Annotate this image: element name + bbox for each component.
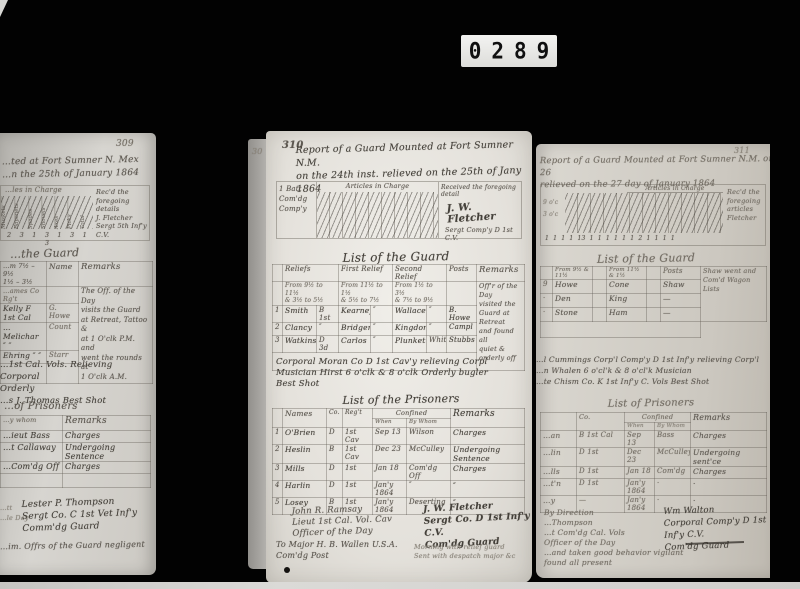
detail-left-labels: 9 o'c 3 o'c — [543, 197, 558, 221]
guard-name: Smith — [283, 305, 317, 322]
reliefs-col-header: Reliefs — [283, 265, 339, 282]
prisoner-co: D — [327, 481, 343, 498]
prisoner-name: Harlin — [283, 481, 327, 498]
empty-cell — [447, 282, 477, 306]
prisoner-by: Com'dg — [655, 467, 691, 479]
prisoner-remark: Charges — [451, 464, 525, 481]
guard-co: White — [427, 335, 447, 352]
row-no: 2 — [273, 322, 283, 335]
row-no: · — [541, 308, 553, 322]
prisoner-by: McCulley — [407, 445, 451, 464]
receipt-unit: Sergt Comp'y D 1st C.V. — [445, 226, 521, 242]
row-no: 1 — [273, 428, 283, 445]
row-no: 1 — [273, 305, 283, 322]
schedule-header: …m 7½ – 9½ 1½ – 3½ — [1, 262, 47, 287]
prisoner-when: Jan'y 1864 — [625, 479, 655, 496]
column-label: Muskets — [1, 196, 14, 229]
prisoner-when: Jan 18 — [625, 467, 655, 479]
row-no: 3 — [273, 335, 283, 352]
guard-row-name: Kelly F 1st Cal — [1, 304, 47, 323]
empty-cell — [273, 409, 283, 428]
prisoner-remark: Charges — [691, 467, 767, 479]
ink-blot — [284, 567, 290, 573]
report-title: …ted at Fort Sumner N. Mex …n the 25th o… — [2, 154, 154, 183]
empty-cell — [273, 265, 283, 282]
scan-corner-artifact — [0, 0, 8, 17]
posts-col-header: Posts — [447, 265, 477, 282]
prisoner-regt: 1st Cav — [343, 445, 373, 464]
when-col-header: When — [625, 423, 655, 431]
guard-commander-signature: Wm Walton Corporal Comp'y D 1st Inf'y C.… — [663, 502, 770, 554]
column-label: Total — [81, 196, 93, 229]
guard-name: Shaw — [661, 280, 701, 294]
row-no: 3 — [273, 464, 283, 481]
ledger-page-310: 310 Report of a Guard Mounted at Fort Su… — [266, 131, 532, 583]
prisoner-when: Sep 13 — [625, 431, 655, 448]
guard-row-name: …Melichar ″ ″ — [1, 323, 47, 351]
empty-cell — [541, 267, 553, 280]
by-whom-col-header: By Whom — [655, 423, 691, 431]
empty-cell — [593, 308, 607, 322]
page-edge-sliver: 30 — [248, 139, 268, 569]
prisoner-when: Dec 23 — [373, 445, 407, 464]
schedule-2: From 11½ & 1½ — [607, 267, 647, 280]
guard-co: ″ — [371, 305, 393, 322]
empty-cell — [47, 287, 79, 304]
detail-left-cell: 1 Batt Com'dg Comp'y — [277, 182, 317, 238]
guard-name: Howe — [553, 280, 593, 294]
prisoners-heading: …of Prisoners — [4, 401, 78, 412]
remarks-col-header: Remarks — [79, 262, 153, 287]
tally-marks — [317, 192, 438, 238]
guard-list-heading: …the Guard — [10, 246, 80, 261]
detail-header: Articles in Charge — [627, 185, 723, 193]
guard-list-heading: List of the Guard — [566, 251, 726, 267]
receipt-line: Received the foregoing detail — [439, 182, 521, 198]
empty-cell — [593, 267, 607, 280]
prisoner-by: ″ — [407, 481, 451, 498]
empty-cell — [541, 413, 577, 431]
by-whom-col-header: By Whom — [407, 419, 451, 428]
name-col-header: Name — [47, 262, 79, 287]
page-number: 309 — [116, 139, 134, 149]
guard-co: ″ — [427, 322, 447, 335]
receipt-note: Rec'd the foregoing articles Fletcher — [727, 188, 770, 222]
row-no: 2 — [273, 445, 283, 464]
guard-name: Den — [553, 294, 593, 308]
prisoner-by: Wilson — [407, 428, 451, 445]
remarks-col-header: Remarks — [477, 265, 525, 282]
addressee-line: To Major H. B. Wallen U.S.A. Com'dg Post — [276, 539, 398, 561]
ledger-page-311: 311 Report of a Guard Mounted at Fort Su… — [536, 144, 770, 578]
when-col-header: When — [373, 419, 407, 428]
regt-col-header: Reg't — [343, 409, 373, 428]
guard-co: ″ — [317, 322, 339, 335]
receipt-note: Rec'd the foregoing details J. Fletcher … — [96, 188, 150, 239]
schedule-3: From 1½ to 3½ & 7½ to 9½ — [393, 282, 447, 306]
prisoner-co: D — [327, 464, 343, 481]
prisoner-remark: Charges — [451, 428, 525, 445]
column-label: Shovels — [41, 196, 54, 229]
prisoner-remark: Charges — [63, 462, 151, 474]
prisoner-name: …Com'dg Off — [1, 462, 63, 474]
prisoner-name: …an — [541, 431, 577, 448]
guard-name: Carlos — [339, 335, 371, 352]
guard-name: Wallace — [393, 305, 427, 322]
co-col-header: Co. — [327, 409, 343, 428]
prisoners-subheader: …y whom — [1, 416, 63, 431]
empty-cell — [1, 474, 63, 488]
prisoner-co: D 1st — [577, 479, 625, 496]
row-no: 4 — [273, 481, 283, 498]
second-relief-header: Second Relief — [393, 265, 447, 282]
co-col-header: Co. — [577, 413, 625, 431]
guard-list-heading: List of the Guard — [306, 248, 486, 265]
guard-subheader: …ames Co Rg't — [1, 287, 47, 304]
orderly-note: …l Cummings Corp'l Comp'y D 1st Inf'y re… — [536, 354, 770, 387]
tally-marks — [565, 193, 723, 233]
prisoner-name: O'Brien — [283, 428, 327, 445]
prisoner-when: Jan 18 — [373, 464, 407, 481]
guard-name: — — [661, 308, 701, 322]
prisoner-remark: Undergoing Sentence — [451, 445, 525, 464]
row-no: 5 — [273, 498, 283, 515]
prisoner-name: …t'n — [541, 479, 577, 496]
column-label: Bayonets — [14, 196, 27, 229]
row-no: · — [541, 294, 553, 308]
empty-cell — [63, 474, 151, 488]
receipt-signature: J. W. Fletcher — [446, 198, 521, 225]
detail-counts: 1 1 1 1 13 1 1 1 1 1 1 2 1 1 1 1 — [545, 235, 725, 242]
prisoner-remark: ″ — [451, 481, 525, 498]
prisoners-heading: List of Prisoners — [576, 397, 726, 411]
guard-co: ″ — [371, 322, 393, 335]
prisoners-table: Names Co. Reg't Confined Remarks When By… — [272, 408, 525, 515]
prisoner-when: Sep 13 — [373, 428, 407, 445]
guard-remarks: Shaw went and Com'd Wagon Lists — [701, 267, 767, 322]
empty-cell — [647, 267, 661, 280]
prisoner-co: D 1st — [577, 448, 625, 467]
confined-col-header: Confined — [625, 413, 691, 423]
signature-block: Lester P. Thompson Sergt Co. C 1st Vet I… — [21, 495, 137, 535]
column-label: Picks — [67, 196, 80, 229]
prisoner-when: Jan'y 1864 — [625, 496, 655, 513]
prisoner-regt: 1st Cav — [343, 428, 373, 445]
prisoner-remark: Undergoing Sentence — [63, 443, 151, 462]
guard-row-post: G. Howe — [47, 304, 79, 323]
prisoner-regt: 1st — [343, 481, 373, 498]
prisoner-when: Jan'y 1864 — [373, 481, 407, 498]
guard-name: Kearney — [339, 305, 371, 322]
prisoner-co: B — [327, 445, 343, 464]
receipt-section: Received the foregoing detail J. W. Flet… — [439, 182, 521, 238]
margin-notes: Morning with relief guard Sent with desp… — [414, 543, 516, 561]
prisoner-remark: · — [691, 479, 767, 496]
empty-cell — [273, 282, 283, 306]
prisoners-table: Co. Confined Remarks When By Whom …an B … — [540, 412, 767, 513]
schedule-1: From 9½ to 11½ & 3½ to 5½ — [283, 282, 339, 306]
guard-table: Reliefs First Relief Second Relief Posts… — [272, 264, 525, 371]
footnote: …im. Offrs of the Guard negligent — [0, 540, 145, 552]
posts-col-header: Posts — [661, 267, 701, 280]
prisoner-co: D 1st — [577, 467, 625, 479]
column-label: Spades — [28, 196, 41, 229]
prisoner-remark: Undergoing sent'ce — [691, 448, 767, 467]
guard-name: — — [661, 294, 701, 308]
tally-marks: Muskets Bayonets Spades Shovels Axes Pic… — [1, 196, 93, 229]
guard-name: Watkins — [283, 335, 317, 352]
prisoner-regt: 1st — [343, 464, 373, 481]
empty-cell — [647, 308, 661, 322]
guard-co: D 3d — [317, 335, 339, 352]
guard-detail-table: 9 o'c 3 o'c Articles in Charge 1 1 1 1 1… — [540, 184, 766, 246]
prisoner-name: Mills — [283, 464, 327, 481]
officer-of-day-signature: By Direction …Thompson …t Com'dg Cal. Vo… — [544, 508, 625, 548]
guard-table: From 9½ & 11½ From 11½ & 1½ Posts Shaw w… — [540, 266, 767, 338]
guard-detail-table: 1 Batt Com'dg Comp'y Articles in Charge … — [276, 181, 522, 239]
microfilm-scan: 0289 309 …ted at Fort Sumner N. Mex …n t… — [0, 0, 800, 589]
prisoner-name: Heslin — [283, 445, 327, 464]
ledger-page-309: 309 …ted at Fort Sumner N. Mex …n the 25… — [0, 133, 156, 575]
guard-name: Plunkett — [393, 335, 427, 352]
film-frame-counter: 0289 — [461, 35, 557, 67]
officer-of-day-signature: John R. Ramsay Lieut 1st Cal. Vol. Cav O… — [291, 503, 392, 539]
detail-header: …les in Charge — [5, 186, 62, 194]
guard-row-post: Count — [47, 323, 79, 351]
row-no: 9 — [541, 280, 553, 294]
prisoner-by: · — [655, 479, 691, 496]
empty-cell — [593, 280, 607, 294]
scanner-edge-strip — [0, 582, 800, 589]
empty-cell — [541, 322, 701, 338]
prisoners-table: …y whom Remarks …ieut Bass Charges …t Ca… — [0, 415, 151, 488]
prisoner-by: McCulley — [655, 448, 691, 467]
margin-notes: …and taken good behavior vigilant found … — [544, 548, 684, 568]
prisoner-name: …ieut Bass — [1, 431, 63, 443]
schedule-2: From 11½ to 1½ & 5½ to 7½ — [339, 282, 393, 306]
prisoner-by: Bass — [655, 431, 691, 448]
empty-cell — [647, 280, 661, 294]
prisoner-name: …lin — [541, 448, 577, 467]
remarks-col-header: Remarks — [63, 416, 151, 431]
page-number-partial: 30 — [252, 147, 263, 156]
prisoner-name: …t Callaway — [1, 443, 63, 462]
guard-co: ″ — [427, 305, 447, 322]
guard-name: Cone — [607, 280, 647, 294]
tally-section: Articles in Charge — [317, 182, 439, 238]
remarks-col-header: Remarks — [691, 413, 767, 431]
counter-digits: 0289 — [459, 38, 560, 63]
prisoners-heading: List of the Prisoners — [316, 392, 486, 408]
prisoner-name: …lls — [541, 467, 577, 479]
prisoner-co: B 1st Cal — [577, 431, 625, 448]
guard-name: Bridger — [339, 322, 371, 335]
prisoner-remark: Charges — [63, 431, 151, 443]
guard-co: B 1st — [317, 305, 339, 322]
prisoner-by: Com'dg Off — [407, 464, 451, 481]
guard-name: Clancy — [283, 322, 317, 335]
guard-name: Stone — [553, 308, 593, 322]
confined-col-header: Confined — [373, 409, 451, 419]
orderly-note: Corporal Moran Co D 1st Cav'y relieving … — [276, 357, 526, 390]
guard-post: B. Howe — [447, 305, 477, 322]
remarks-col-header: Remarks — [451, 409, 525, 428]
guard-name: Kingdom — [393, 322, 427, 335]
detail-header: Articles in Charge — [317, 182, 438, 192]
first-relief-header: First Relief — [339, 265, 393, 282]
names-col-header: Names — [283, 409, 327, 428]
orderly-note: …1st Cal. Vols. Relieving Corporal Order… — [0, 359, 154, 407]
empty-cell — [647, 294, 661, 308]
guard-detail-table: …les in Charge Muskets Bayonets Spades S… — [0, 185, 150, 241]
column-label: Axes — [54, 196, 67, 229]
guard-post: Campl — [447, 322, 477, 335]
guard-post: Stubbs — [447, 335, 477, 352]
schedule-1: From 9½ & 11½ — [553, 267, 593, 280]
prisoner-co: D — [327, 428, 343, 445]
guard-co: ″ — [371, 335, 393, 352]
detail-counts: 2 3 1 3 1 3 1 3 — [1, 231, 93, 247]
guard-name: Ham — [607, 308, 647, 322]
empty-cell — [593, 294, 607, 308]
prisoner-remark: Charges — [691, 431, 767, 448]
guard-name: King — [607, 294, 647, 308]
prisoner-when: Dec 23 — [625, 448, 655, 467]
